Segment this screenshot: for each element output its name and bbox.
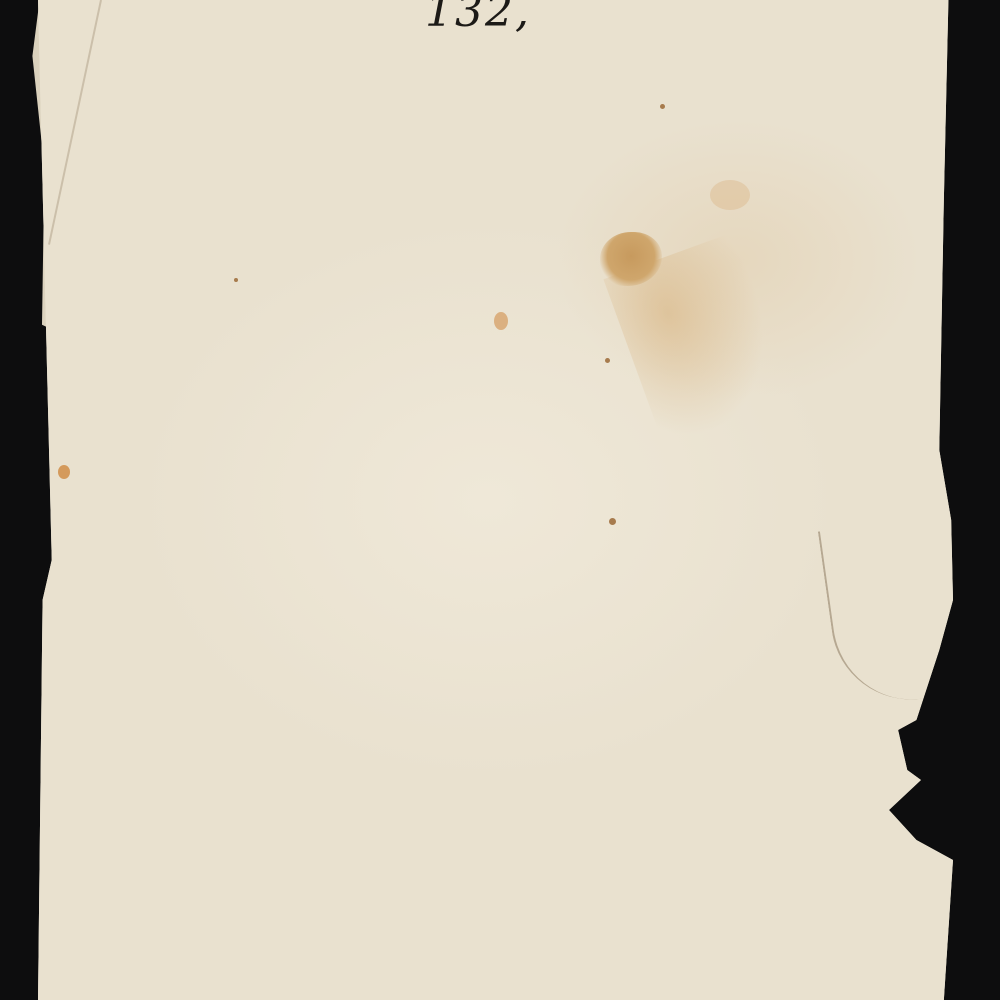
- speck: [609, 518, 616, 525]
- folio-number: 132,: [425, 0, 531, 37]
- paper-leaf: [38, 0, 953, 1000]
- speck: [58, 465, 70, 479]
- speck: [494, 312, 508, 330]
- scanned-page: 132,: [0, 0, 1000, 1000]
- speck: [234, 278, 238, 282]
- speck: [710, 180, 750, 210]
- speck: [605, 358, 610, 363]
- speck: [660, 104, 665, 109]
